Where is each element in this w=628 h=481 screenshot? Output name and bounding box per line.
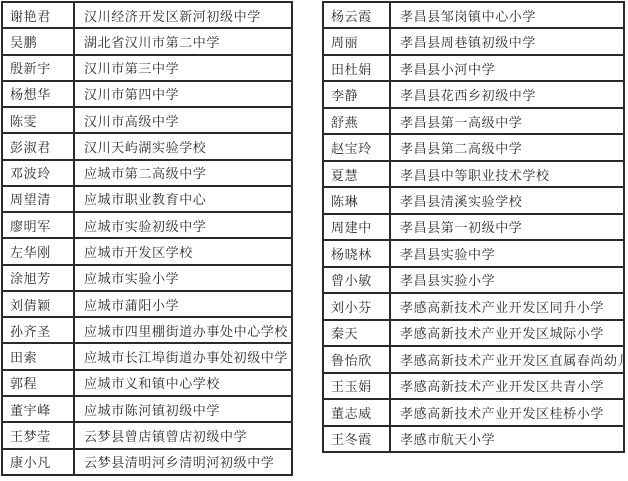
school-name-cell: 汉川市第四中学 — [74, 81, 292, 107]
person-name-cell: 周丽 — [323, 28, 390, 54]
school-name-cell: 孝昌县中等职业技术学校 — [390, 161, 624, 187]
person-name-cell: 彭淑君 — [2, 133, 74, 159]
table-row: 杨云霞孝昌县邹岗镇中心小学 — [323, 2, 624, 28]
table-row: 董宇峰应城市陈河镇初级中学 — [2, 396, 292, 422]
school-name-cell: 孝感高新技术产业开发区共青小学 — [390, 373, 624, 399]
school-name-cell: 应城市蒲阳小学 — [74, 291, 292, 317]
school-name-cell: 汉川市高级中学 — [74, 107, 292, 133]
table-row: 鲁怡欣孝感高新技术产业开发区直属春尚幼儿园 — [323, 346, 624, 372]
person-name-cell: 王梦莹 — [2, 422, 74, 448]
right-roster-table: 杨云霞孝昌县邹岗镇中心小学周丽孝昌县周巷镇初级中学田杜娟孝昌县小河中学李静孝昌县… — [322, 1, 625, 453]
table-row: 赵宝玲孝昌县第二高级中学 — [323, 134, 624, 160]
person-name-cell: 曾小敏 — [323, 267, 390, 293]
person-name-cell: 舒燕 — [323, 108, 390, 134]
table-row: 郭程应城市义和镇中心学校 — [2, 370, 292, 396]
school-name-cell: 孝感高新技术产业开发区同升小学 — [390, 293, 624, 319]
person-name-cell: 周建中 — [323, 214, 390, 240]
table-row: 陈雯汉川市高级中学 — [2, 107, 292, 133]
school-name-cell: 应城市实验初级中学 — [74, 212, 292, 238]
school-name-cell: 汉川市第三中学 — [74, 55, 292, 81]
person-name-cell: 康小凡 — [2, 449, 74, 475]
table-row: 谢艳君汉川经济开发区新河初级中学 — [2, 2, 292, 28]
table-row: 左华刚应城市开发区学校 — [2, 238, 292, 264]
table-row: 王梦莹云梦县曾店镇曾店初级中学 — [2, 422, 292, 448]
person-name-cell: 董宇峰 — [2, 396, 74, 422]
table-row: 涂旭芳应城市实验小学 — [2, 265, 292, 291]
school-name-cell: 孝昌县邹岗镇中心小学 — [390, 2, 624, 28]
school-name-cell: 孝感市航天小学 — [390, 426, 624, 453]
table-row: 周建中孝昌县第一初级中学 — [323, 214, 624, 240]
table-row: 田索应城市长江埠街道办事处初级中学 — [2, 343, 292, 369]
table-row: 李静孝昌县花西乡初级中学 — [323, 81, 624, 107]
person-name-cell: 夏慧 — [323, 161, 390, 187]
person-name-cell: 刘倩颖 — [2, 291, 74, 317]
person-name-cell: 刘小芬 — [323, 293, 390, 319]
person-name-cell: 陈琳 — [323, 187, 390, 213]
school-name-cell: 孝昌县花西乡初级中学 — [390, 81, 624, 107]
table-row: 殷新宇汉川市第三中学 — [2, 55, 292, 81]
table-row: 彭淑君汉川天屿湖实验学校 — [2, 133, 292, 159]
school-name-cell: 应城市四里棚街道办事处中心学校 — [74, 317, 292, 343]
table-row: 王冬霞孝感市航天小学 — [323, 426, 624, 453]
table-row: 舒燕孝昌县第一高级中学 — [323, 108, 624, 134]
person-name-cell: 周望清 — [2, 186, 74, 212]
person-name-cell: 田杜娟 — [323, 55, 390, 81]
school-name-cell: 应城市长江埠街道办事处初级中学 — [74, 343, 292, 369]
school-name-cell: 孝昌县第一初级中学 — [390, 214, 624, 240]
table-row: 周丽孝昌县周巷镇初级中学 — [323, 28, 624, 54]
school-name-cell: 孝昌县清溪实验学校 — [390, 187, 624, 213]
person-name-cell: 邓波玲 — [2, 160, 74, 186]
person-name-cell: 杨云霞 — [323, 2, 390, 28]
person-name-cell: 王冬霞 — [323, 426, 390, 453]
school-name-cell: 云梦县清明河乡清明河初级中学 — [74, 449, 292, 475]
table-row: 杨晓林孝昌县实验中学 — [323, 240, 624, 266]
person-name-cell: 李静 — [323, 81, 390, 107]
table-row: 周望清应城市职业教育中心 — [2, 186, 292, 212]
table-row: 王玉娟孝感高新技术产业开发区共青小学 — [323, 373, 624, 399]
person-name-cell: 鲁怡欣 — [323, 346, 390, 372]
table-row: 杨想华汉川市第四中学 — [2, 81, 292, 107]
school-name-cell: 应城市开发区学校 — [74, 238, 292, 264]
school-name-cell: 孝昌县小河中学 — [390, 55, 624, 81]
school-name-cell: 孝昌县第二高级中学 — [390, 134, 624, 160]
person-name-cell: 涂旭芳 — [2, 265, 74, 291]
table-row: 孙齐圣应城市四里棚街道办事处中心学校 — [2, 317, 292, 343]
person-name-cell: 左华刚 — [2, 238, 74, 264]
school-name-cell: 湖北省汉川市第二中学 — [74, 28, 292, 54]
person-name-cell: 田索 — [2, 343, 74, 369]
table-row: 吴鹏湖北省汉川市第二中学 — [2, 28, 292, 54]
person-name-cell: 杨晓林 — [323, 240, 390, 266]
school-name-cell: 应城市陈河镇初级中学 — [74, 396, 292, 422]
person-name-cell: 殷新宇 — [2, 55, 74, 81]
school-name-cell: 孝昌县实验中学 — [390, 240, 624, 266]
table-row: 廖明军应城市实验初级中学 — [2, 212, 292, 238]
table-row: 刘小芬孝感高新技术产业开发区同升小学 — [323, 293, 624, 319]
left-roster-table: 谢艳君汉川经济开发区新河初级中学吴鹏湖北省汉川市第二中学殷新宇汉川市第三中学杨想… — [1, 1, 293, 476]
school-name-cell: 应城市职业教育中心 — [74, 186, 292, 212]
school-name-cell: 应城市第二高级中学 — [74, 160, 292, 186]
school-name-cell: 应城市实验小学 — [74, 265, 292, 291]
table-row: 陈琳孝昌县清溪实验学校 — [323, 187, 624, 213]
school-name-cell: 云梦县曾店镇曾店初级中学 — [74, 422, 292, 448]
person-name-cell: 吴鹏 — [2, 28, 74, 54]
table-row: 夏慧孝昌县中等职业技术学校 — [323, 161, 624, 187]
table-row: 邓波玲应城市第二高级中学 — [2, 160, 292, 186]
person-name-cell: 王玉娟 — [323, 373, 390, 399]
person-name-cell: 赵宝玲 — [323, 134, 390, 160]
person-name-cell: 杨想华 — [2, 81, 74, 107]
person-name-cell: 孙齐圣 — [2, 317, 74, 343]
document-page: 谢艳君汉川经济开发区新河初级中学吴鹏湖北省汉川市第二中学殷新宇汉川市第三中学杨想… — [0, 0, 628, 481]
person-name-cell: 董志威 — [323, 399, 390, 425]
school-name-cell: 孝感高新技术产业开发区城际小学 — [390, 320, 624, 346]
school-name-cell: 孝昌县实验小学 — [390, 267, 624, 293]
table-row: 董志威孝感高新技术产业开发区桂桥小学 — [323, 399, 624, 425]
table-row: 刘倩颖应城市蒲阳小学 — [2, 291, 292, 317]
school-name-cell: 孝感高新技术产业开发区直属春尚幼儿园 — [390, 346, 624, 372]
school-name-cell: 孝感高新技术产业开发区桂桥小学 — [390, 399, 624, 425]
person-name-cell: 谢艳君 — [2, 2, 74, 28]
school-name-cell: 汉川经济开发区新河初级中学 — [74, 2, 292, 28]
person-name-cell: 陈雯 — [2, 107, 74, 133]
table-row: 田杜娟孝昌县小河中学 — [323, 55, 624, 81]
school-name-cell: 汉川天屿湖实验学校 — [74, 133, 292, 159]
person-name-cell: 郭程 — [2, 370, 74, 396]
table-row: 秦天孝感高新技术产业开发区城际小学 — [323, 320, 624, 346]
school-name-cell: 孝昌县周巷镇初级中学 — [390, 28, 624, 54]
school-name-cell: 孝昌县第一高级中学 — [390, 108, 624, 134]
school-name-cell: 应城市义和镇中心学校 — [74, 370, 292, 396]
table-row: 康小凡云梦县清明河乡清明河初级中学 — [2, 449, 292, 475]
table-row: 曾小敏孝昌县实验小学 — [323, 267, 624, 293]
person-name-cell: 秦天 — [323, 320, 390, 346]
person-name-cell: 廖明军 — [2, 212, 74, 238]
